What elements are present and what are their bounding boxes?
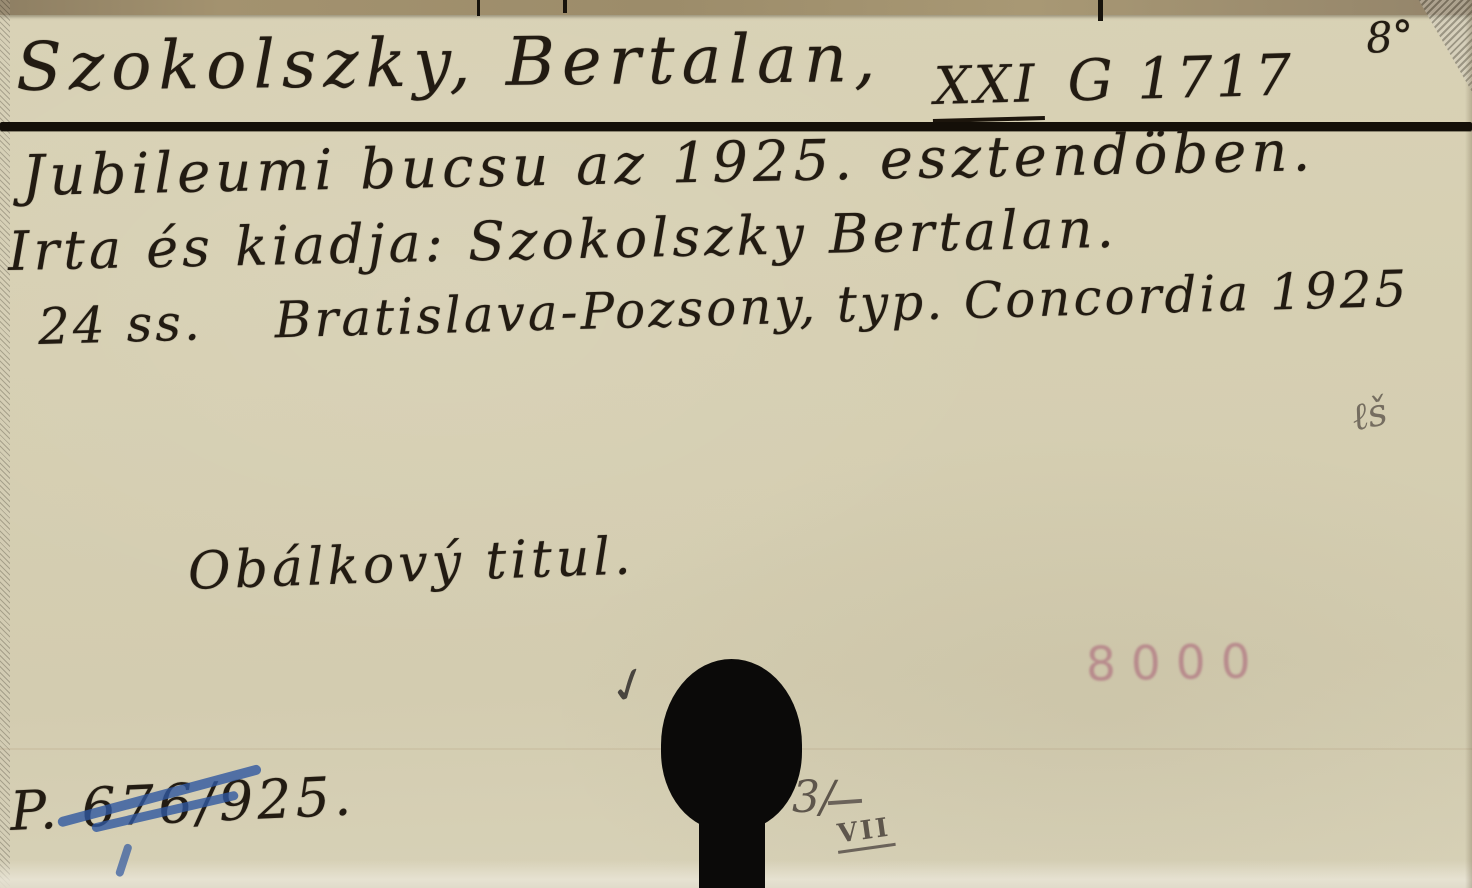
checkmark-icon: ✓: [601, 653, 657, 719]
scan-left-edge: [0, 0, 10, 888]
title-line: Jubileumi bucsu az 1925. esztendöben.: [21, 119, 1315, 209]
call-number: XXIG 1717: [931, 43, 1295, 118]
pencil-date-dash: [828, 799, 862, 805]
call-number-shelf: G 1717: [1067, 43, 1295, 115]
accession-stamp: 8000: [1086, 634, 1267, 692]
punch-hole-slot: [699, 788, 765, 888]
edge-tick-mark: [563, 0, 567, 13]
author-heading: Szokolszky, Bertalan,: [16, 19, 883, 106]
edge-tick-mark: [1098, 0, 1103, 21]
pencil-date-denominator: VII: [834, 812, 896, 854]
cover-title-note: Obálkový titul.: [187, 526, 636, 602]
pencil-date-numerator: 3/: [792, 772, 835, 823]
author-statement-line: Irta és kiadja: Szokolszky Bertalan.: [7, 197, 1118, 283]
catalog-card-scan: Szokolszky, Bertalan, XXIG 1717 8° Jubil…: [0, 0, 1472, 888]
pencil-initials: ℓš: [1347, 389, 1391, 440]
call-number-class: XXI: [931, 54, 1044, 123]
edge-tick-mark: [477, 0, 480, 16]
format-designation: 8°: [1364, 11, 1415, 63]
scan-right-edge: [1465, 0, 1472, 888]
card-stack-top-edge: [0, 0, 1472, 15]
collation: 24 ss.: [37, 293, 203, 356]
